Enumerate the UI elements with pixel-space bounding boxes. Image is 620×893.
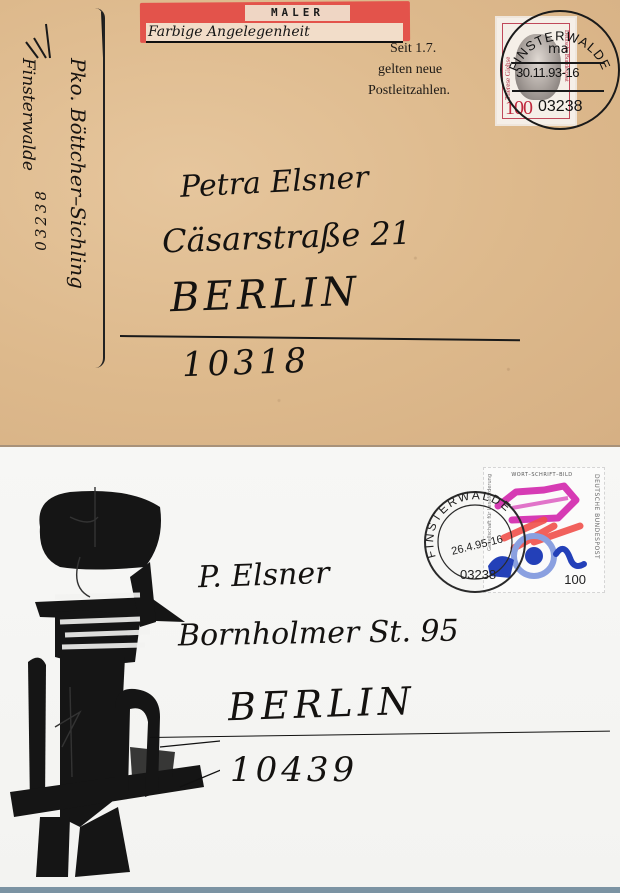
recipient-2-name: P. Elsner bbox=[197, 556, 330, 596]
envelope-front-kraft: MALER Farbige Angelegenheit Seit 1.7. ge… bbox=[0, 0, 620, 447]
recipient-2-street: Bornholmer St. 95 bbox=[178, 614, 459, 654]
background-edge bbox=[0, 887, 620, 893]
recipient-street: Cäsarstraße 21 bbox=[161, 214, 411, 261]
recipient-zip: 10318 bbox=[181, 341, 310, 385]
slogan-line-2: gelten neue bbox=[368, 59, 488, 80]
label-maler-text: MALER bbox=[245, 5, 350, 21]
sender-bracket bbox=[95, 8, 105, 368]
slogan-line-1: Seit 1.7. bbox=[368, 38, 488, 59]
postmark-code: ma bbox=[548, 42, 569, 57]
postmark: FINSTERWALDE ma 30.11.93-16 03238 bbox=[500, 10, 620, 130]
postmark-2: FINSTERWALDE 26.4.95-16 03238 bbox=[420, 487, 530, 597]
postmark-2-zip: 03238 bbox=[460, 567, 496, 582]
sender-line-3: 03238 bbox=[32, 188, 50, 251]
postmark-date: 30.11.93-16 bbox=[516, 65, 579, 80]
recipient-name: Petra Elsner bbox=[179, 160, 369, 205]
ink-figure-illustration bbox=[0, 447, 220, 887]
recipient-city: BERLIN bbox=[169, 269, 361, 322]
sender-address: Pko. Böttcher–Sichling Finsterwalde 0323… bbox=[4, 58, 104, 438]
envelope-front-white: WORT–SCHRIFT–BILD Gesellschaft für Lesef… bbox=[0, 447, 620, 887]
recipient-2-zip: 10439 bbox=[230, 750, 358, 790]
sender-line-1: Pko. Böttcher–Sichling bbox=[66, 58, 90, 289]
slogan-line-3: Postleitzahlen. bbox=[368, 80, 488, 101]
label-farbige-text: Farbige Angelegenheit bbox=[146, 23, 403, 43]
postmark-2-date: 26.4.95-16 bbox=[450, 533, 504, 557]
stamp-value: 100 bbox=[564, 572, 586, 587]
recipient-2-city: BERLIN bbox=[227, 679, 416, 730]
postal-code-slogan: Seit 1.7. gelten neue Postleitzahlen. bbox=[368, 38, 488, 101]
sender-line-2: Finsterwalde bbox=[18, 58, 38, 171]
postmark-zip: 03238 bbox=[538, 98, 583, 116]
address-underline bbox=[120, 335, 520, 341]
